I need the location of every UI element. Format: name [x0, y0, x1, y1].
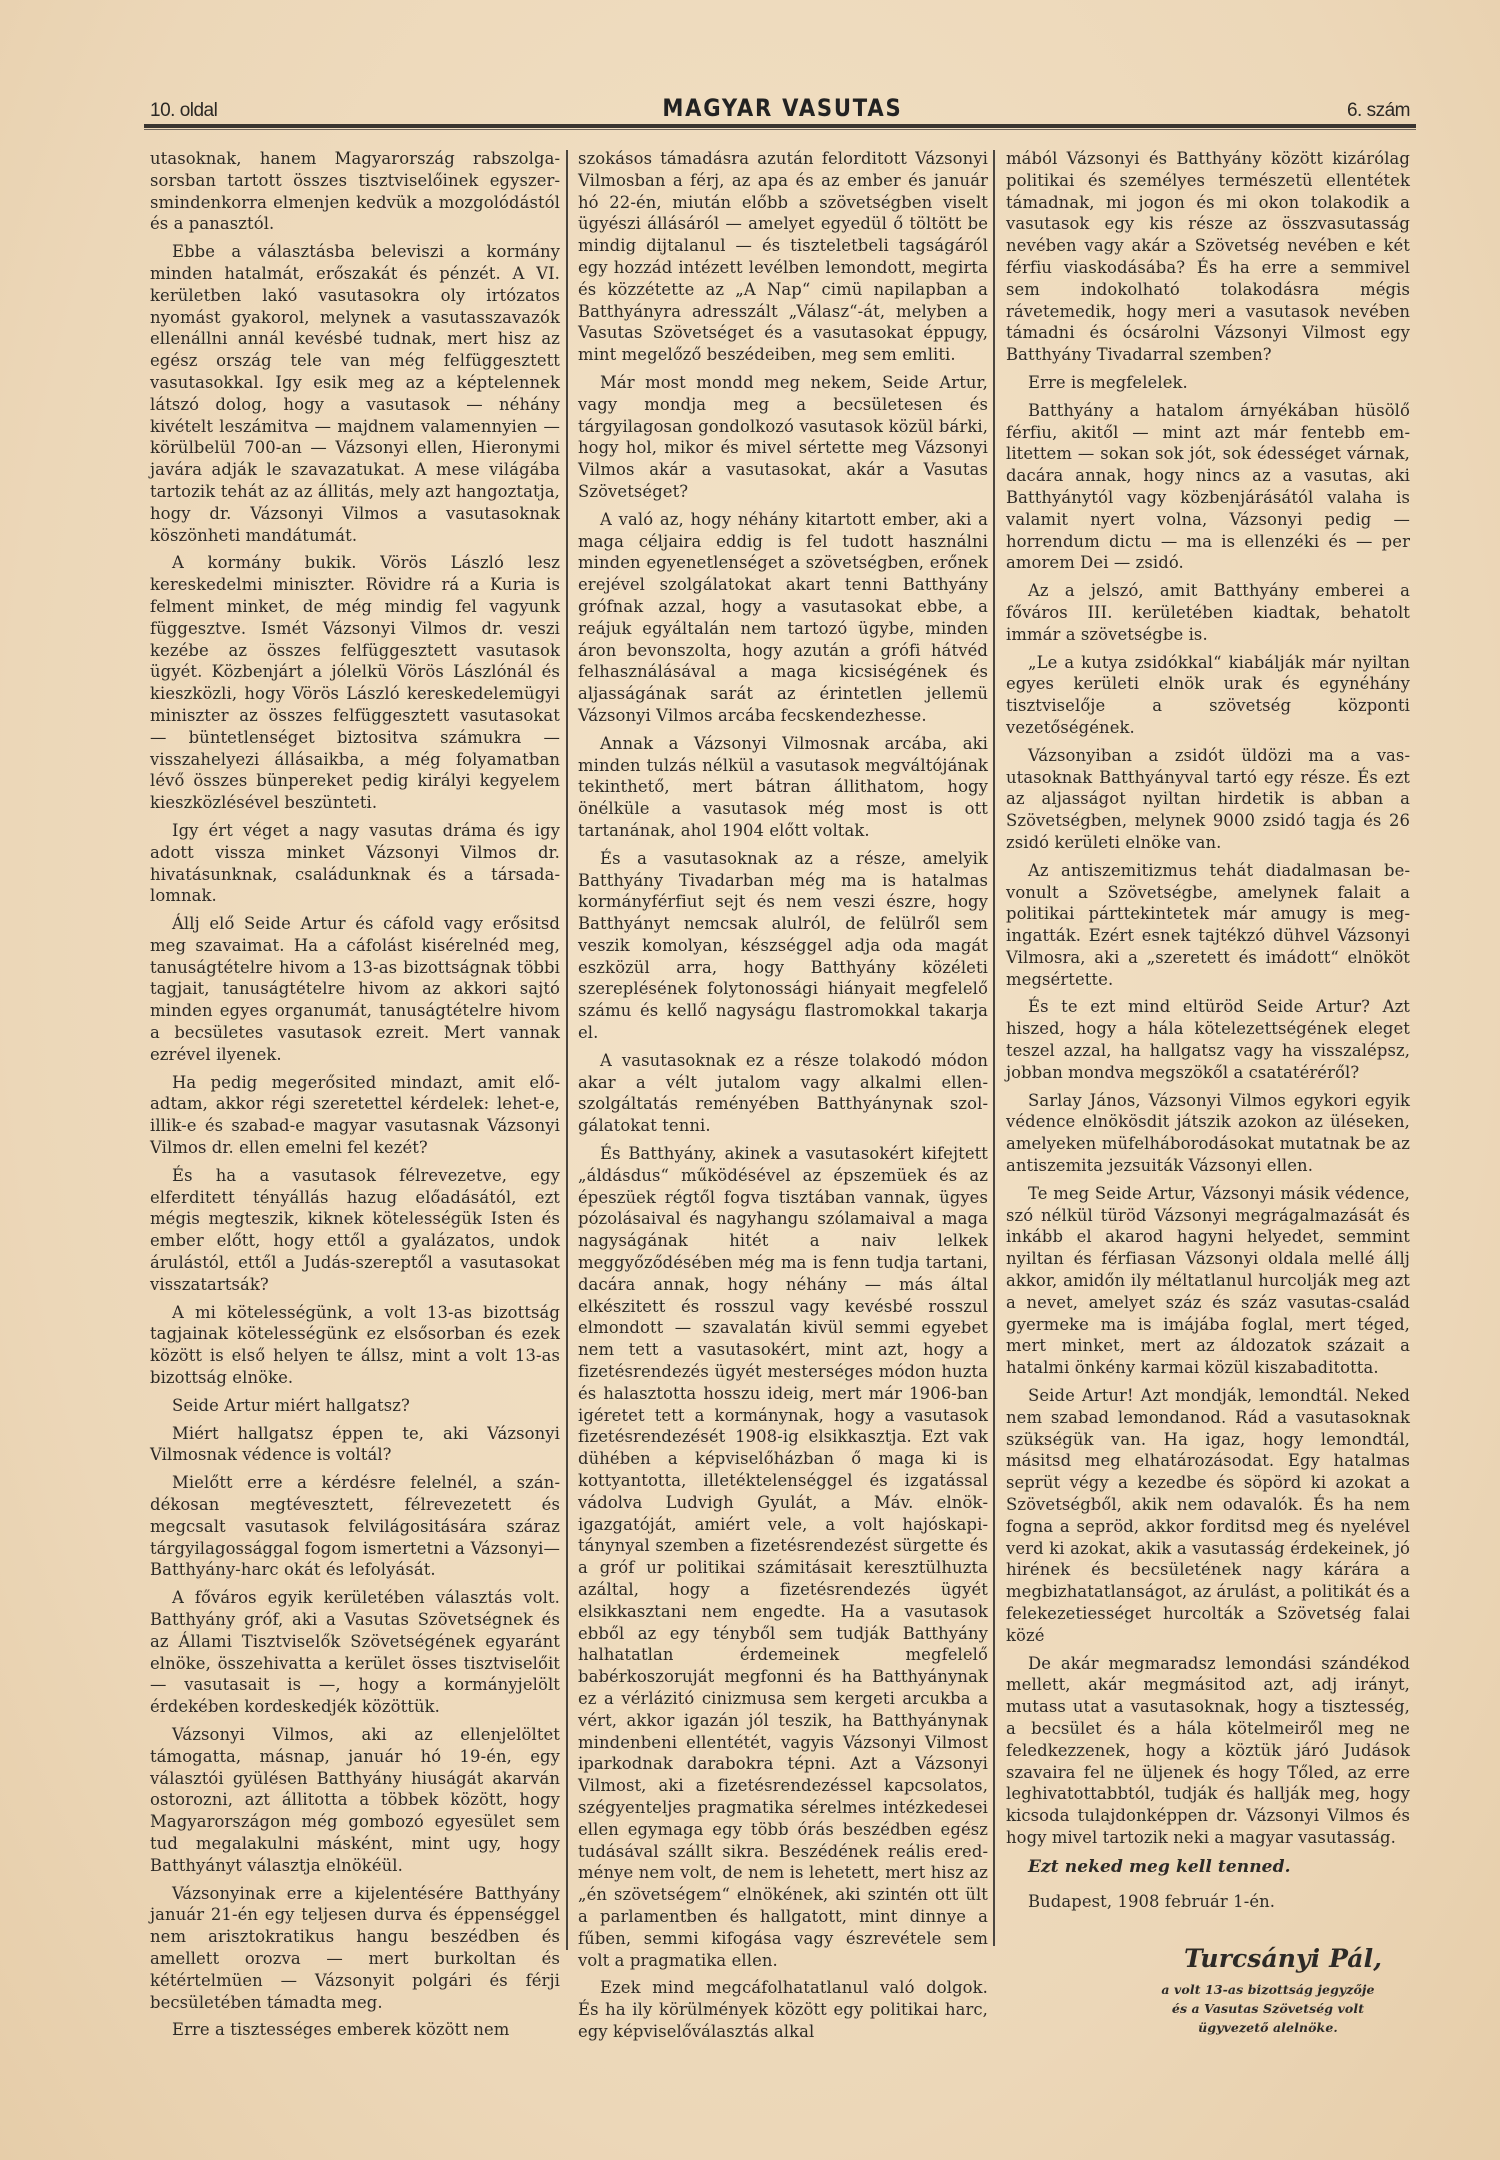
paragraph: Annak a Vázsonyi Vilmosnak arcába, aki m… [578, 733, 988, 842]
paragraph: Vázsonyiban a zsidót üldözi ma a vas­uta… [1006, 745, 1410, 854]
paragraph: Már most mondd meg nekem, Seide Artur, v… [578, 372, 988, 503]
article-column-3: mából Vázsonyi és Batthyány között kizá­… [1006, 148, 1410, 2037]
article-column-1: utasoknak, hanem Magyarország rabszolga­… [150, 148, 560, 2047]
author-title-line: a volt 13-as bizottság jegyzője [1126, 1980, 1410, 1999]
paragraph: Erre is megfelelek. [1006, 372, 1410, 394]
header-rule-thin [144, 129, 1416, 130]
paragraph: Seide Artur miért hallgatsz? [150, 1395, 560, 1417]
page-header: 10. oldal MAGYAR VASUTAS 6. szám [150, 92, 1410, 122]
paragraph: Sarlay János, Vázsonyi Vilmos egykori eg… [1006, 1090, 1410, 1177]
paragraph: És a vasutasoknak az a része, amelyik Ba… [578, 848, 988, 1044]
author-signature: Turcsányi Pál, [1006, 1948, 1382, 1970]
paragraph: A főváros egyik kerületében választás vo… [150, 1587, 560, 1718]
paragraph: A való az, hogy néhány kitartott ember, … [578, 509, 988, 727]
author-title-line: ügyvezető alelnöke. [1126, 2018, 1410, 2037]
paragraph: Ezek mind megcáfolhatatlanul való dol­go… [578, 1977, 988, 2042]
paragraph: De akár megmaradsz lemondási szándékod m… [1006, 1653, 1410, 1849]
paragraph: Állj elő Seide Artur és cáfold vagy erős… [150, 913, 560, 1066]
paragraph: Az a jelszó, amit Batthyány emberei a fő… [1006, 580, 1410, 645]
closing-line: Ezt neked meg kell tenned. [1028, 1857, 1410, 1879]
column-divider [993, 150, 995, 1946]
masthead-title: MAGYAR VASUTAS [662, 94, 902, 122]
paragraph: utasoknak, hanem Magyarország rabszolga­… [150, 148, 560, 235]
author-title-line: és a Vasutas Szövetség volt [1126, 1999, 1410, 2018]
column-divider [566, 150, 568, 1950]
paragraph: „Le a kutya zsidókkal“ kiabálják már nyi… [1006, 652, 1410, 739]
paragraph: Ebbe a választásba beleviszi a kormány m… [150, 241, 560, 546]
paragraph: Te meg Seide Artur, Vázsonyi másik véden… [1006, 1183, 1410, 1379]
paragraph: Vázsonyi Vilmos, aki az ellenjelöltet tá… [150, 1724, 560, 1877]
paragraph: mából Vázsonyi és Batthyány között kizá­… [1006, 148, 1410, 366]
paragraph: A mi kötelességünk, a volt 13-as bizotts… [150, 1302, 560, 1389]
paragraph: Miért hallgatsz éppen te, aki Vázsonyi V… [150, 1423, 560, 1467]
paragraph: szokásos támadásra azután felorditott Vá… [578, 148, 988, 366]
header-rule [144, 124, 1416, 128]
paragraph: Seide Artur! Azt mondják, lemondtál. Nek… [1006, 1385, 1410, 1647]
paragraph: A kormány bukik. Vörös László lesz keres… [150, 552, 560, 814]
paragraph: És Batthyány, akinek a vasutasokért ki­f… [578, 1143, 988, 1971]
paragraph: A vasutasoknak ez a része tolakodó mó­do… [578, 1050, 988, 1137]
paragraph: Batthyány a hatalom árnyékában hüsölő fé… [1006, 400, 1410, 574]
paragraph: És ha a vasutasok félrevezetve, egy elfe… [150, 1165, 560, 1296]
paragraph: Mielőtt erre a kérdésre felelnél, a szán… [150, 1472, 560, 1581]
dateline: Budapest, 1908 február 1-én. [1028, 1891, 1410, 1913]
paragraph: Igy ért véget a nagy vasutas dráma és ig… [150, 820, 560, 907]
paragraph: Ha pedig megerősited mindazt, amit elő­a… [150, 1072, 560, 1159]
author-title: a volt 13-as bizottság jegyzője és a Vas… [1126, 1980, 1410, 2037]
paragraph: Vázsonyinak erre a kijelentésére Batthyá… [150, 1883, 560, 2014]
paragraph: Az antiszemitizmus tehát diadalmasan be­… [1006, 860, 1410, 991]
article-column-2: szokásos támadásra azután felorditott Vá… [578, 148, 988, 2049]
issue-number: 6. szám [1347, 100, 1410, 122]
paragraph: És te ezt mind eltüröd Seide Artur? Azt … [1006, 996, 1410, 1083]
page-number: 10. oldal [150, 100, 217, 122]
paragraph: Erre a tisztességes emberek között nem [150, 2019, 560, 2041]
